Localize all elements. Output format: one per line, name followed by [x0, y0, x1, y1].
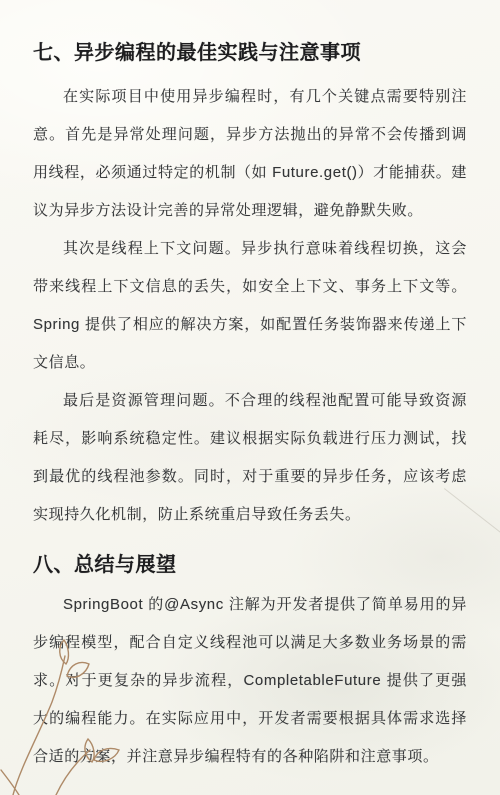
paragraph-resource-management: 最后是资源管理问题。不合理的线程池配置可能导致资源耗尽，影响系统稳定性。建议根据…: [33, 382, 467, 534]
paragraph-thread-context: 其次是线程上下文问题。异步执行意味着线程切换，这会带来线程上下文信息的丢失，如安…: [33, 230, 467, 382]
section-heading-summary: 八、总结与展望: [33, 550, 467, 580]
corner-stem-line: [1, 770, 19, 795]
section-summary-outlook: 八、总结与展望 SpringBoot 的@Async 注解为开发者提供了简单易用…: [33, 550, 467, 776]
section-best-practices: 七、异步编程的最佳实践与注意事项 在实际项目中使用异步编程时，有几个关键点需要特…: [33, 38, 467, 534]
paragraph-exception-handling: 在实际项目中使用异步编程时，有几个关键点需要特别注意。首先是异常处理问题，异步方…: [33, 78, 467, 230]
paragraph-summary: SpringBoot 的@Async 注解为开发者提供了简单易用的异步编程模型，…: [33, 586, 467, 776]
document-page: 七、异步编程的最佳实践与注意事项 在实际项目中使用异步编程时，有几个关键点需要特…: [0, 0, 500, 795]
section-heading-best-practices: 七、异步编程的最佳实践与注意事项: [33, 38, 467, 68]
